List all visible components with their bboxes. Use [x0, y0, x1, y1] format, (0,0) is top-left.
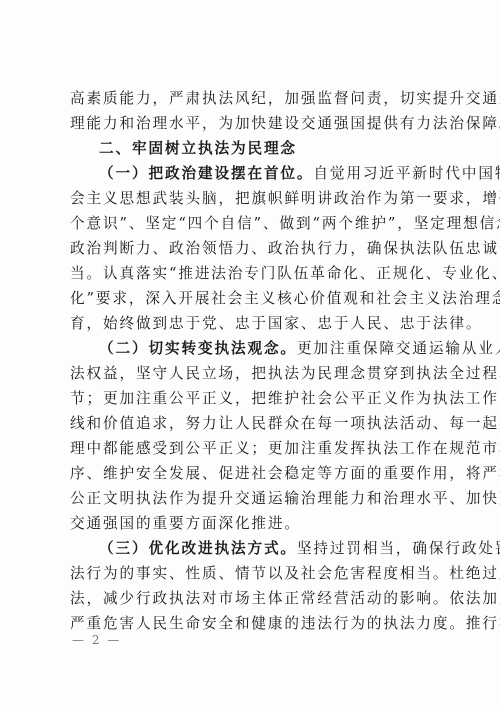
paragraph-first-line: （一）把政治建设摆在首位。自觉用习近平新时代中国特色社 [70, 161, 438, 186]
paragraph-lead: （三）优化改进执法方式。 [99, 540, 297, 557]
text-line: 个意识”、坚定“四个自信”、做到“两个维护”，坚定理想信念，提高 [70, 211, 438, 236]
text-line: 序、维护安全发展、促进社会稳定等方面的重要作用，将严格规范 [70, 461, 438, 486]
text-line: 政治判断力、政治领悟力、政治执行力，确保执法队伍忠诚干净担 [70, 236, 438, 261]
body-text: 高素质能力，严肃执法风纪，加强监督问责，切实提升交通运输治 理能力和治理水平，为… [70, 86, 438, 636]
text-line: 节；更加注重公平正义，把维护社会公平正义作为执法工作的生命 [70, 386, 438, 411]
text-line: 公正文明执法作为提升交通运输治理能力和治理水平、加快建设 [70, 486, 438, 511]
text-line: 高素质能力，严肃执法风纪，加强监督问责，切实提升交通运输治 [70, 86, 438, 111]
text-line: 交通强国的重要方面深化推进。 [70, 511, 438, 536]
text-line: 严重危害人民生命安全和健康的违法行为的执法力度。推行初次 [70, 611, 438, 636]
text-line: 当。认真落实“推进法治专门队伍革命化、正规化、专业化、职业 [70, 261, 438, 286]
text-line: 育，始终做到忠于党、忠于国家、忠于人民、忠于法律。 [70, 311, 438, 336]
paragraph-first-line: （三）优化改进执法方式。坚持过罚相当，确保行政处罚与违 [70, 536, 438, 561]
paragraph-text: 坚持过罚相当，确保行政处罚与违 [297, 540, 500, 557]
text-line: 理能力和治理水平，为加快建设交通强国提供有力法治保障。 [70, 111, 438, 136]
text-line: 理中都能感受到公平正义；更加注重发挥执法工作在规范市场秩 [70, 436, 438, 461]
paragraph-text: 自觉用习近平新时代中国特色社 [313, 165, 500, 182]
paragraph-first-line: （二）切实转变执法观念。更加注重保障交通运输从业人员合 [70, 336, 438, 361]
text-line: 线和价值追求，努力让人民群众在每一项执法活动、每一起案件办 [70, 411, 438, 436]
paragraph-lead: （二）切实转变执法观念。 [99, 340, 297, 357]
text-line: 法，减少行政执法对市场主体正常经营活动的影响。依法加大对 [70, 586, 438, 611]
document-page: 高素质能力，严肃执法风纪，加强监督问责，切实提升交通运输治 理能力和治理水平，为… [0, 0, 500, 706]
text-line: 化”要求，深入开展社会主义核心价值观和社会主义法治理念教 [70, 286, 438, 311]
paragraph-text: 更加注重保障交通运输从业人员合 [297, 340, 500, 357]
paragraph-lead: （一）把政治建设摆在首位。 [99, 165, 313, 182]
page-number: — 2 — [72, 633, 121, 647]
section-heading: 二、牢固树立执法为民理念 [70, 136, 438, 161]
text-line: 法权益，坚守人民立场，把执法为民理念贯穿到执法全过程、各环 [70, 361, 438, 386]
text-line: 法行为的事实、性质、情节以及社会危害程度相当。杜绝过度执 [70, 561, 438, 586]
text-line: 会主义思想武装头脑，把旗帜鲜明讲政治作为第一要求，增强“四 [70, 186, 438, 211]
